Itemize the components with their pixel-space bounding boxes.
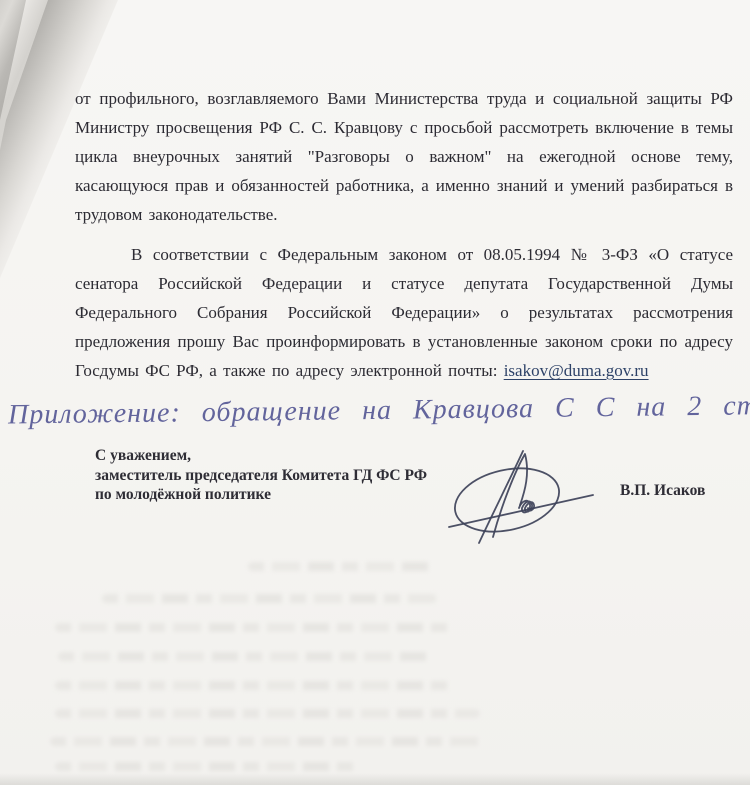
letter-body: от профильного, возглавляемого Вами Мини… (75, 84, 733, 385)
bleedthrough-line (102, 594, 437, 603)
signature-strokes (435, 445, 595, 550)
letter-paragraph-1: от профильного, возглавляемого Вами Мини… (75, 84, 733, 229)
bleedthrough-line (50, 737, 485, 746)
bleedthrough-line (248, 562, 433, 571)
bleedthrough-line (55, 762, 360, 771)
letter-paragraph-2-text: В соответствии с Федеральным законом от … (75, 245, 733, 380)
signer-name: В.П. Исаков (620, 482, 705, 500)
signoff-block: С уважением, заместитель председателя Ко… (95, 446, 427, 505)
bleedthrough-line (55, 709, 480, 718)
photo-bottom-shadow (0, 773, 750, 785)
bleedthrough-line (55, 681, 450, 690)
signoff-line-2: заместитель председателя Комитета ГД ФС … (95, 466, 427, 486)
bleedthrough-line (58, 652, 433, 661)
letter-paragraph-2: В соответствии с Федеральным законом от … (75, 240, 733, 385)
scanned-letter-page: от профильного, возглавляемого Вами Мини… (0, 0, 750, 785)
email-address: isakov@duma.gov.ru (504, 361, 649, 380)
bleedthrough-line (55, 623, 455, 632)
signoff-line-1: С уважением, (95, 446, 427, 466)
handwritten-signature (435, 445, 595, 555)
handwritten-attachment-note: Приложение: обращение на Кравцова С С на… (8, 387, 738, 436)
signoff-line-3: по молодёжной политике (95, 485, 427, 505)
